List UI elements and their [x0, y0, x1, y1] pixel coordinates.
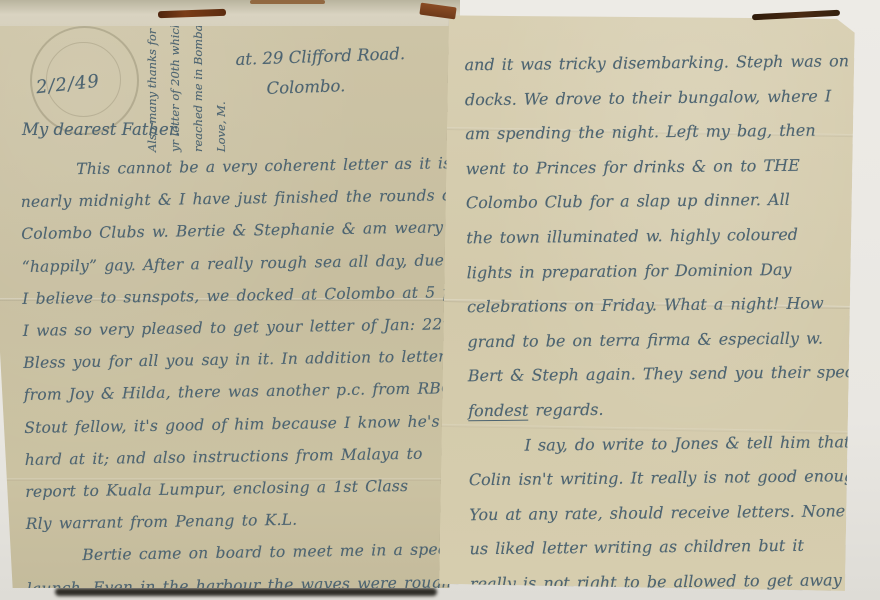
- handwriting-line: really is not right to be allowed to get…: [470, 563, 880, 600]
- handwriting-line: You at any rate, should receive letters.…: [469, 494, 880, 533]
- left-page-body: This cannot be a very coherent letter as…: [20, 147, 483, 600]
- margin-note-line: Love, M.: [210, 28, 233, 152]
- handwriting-line: docks. We drove to their bungalow, where…: [465, 78, 880, 117]
- handwriting-line: Bert & Steph again. They send you their …: [468, 355, 880, 394]
- handwriting-line: and it was tricky disembarking. Steph wa…: [464, 44, 880, 83]
- handwriting-line: fondest regards.: [468, 390, 880, 429]
- handwriting-line: grand to be on terra firma & especially …: [467, 321, 880, 360]
- handwriting-line: Colombo Club for a slap up dinner. All: [466, 182, 880, 221]
- letter-page-left: 2/2/49 Also many thanks for yr letter of…: [0, 26, 452, 588]
- handwriting-line: Colin isn't writing. It really is not go…: [469, 459, 880, 498]
- right-page-body: and it was tricky disembarking. Steph wa…: [464, 44, 880, 600]
- address-line: Colombo.: [236, 69, 407, 105]
- handwriting-line: am spending the night. Left my bag, then: [465, 113, 880, 152]
- letter-scan: 2/2/49 Also many thanks for yr letter of…: [0, 0, 880, 600]
- page-shadow: [55, 588, 437, 596]
- handwriting-line: celebrations on Friday. What a night! Ho…: [467, 286, 880, 325]
- margin-note-line: reached me in Bombay.: [187, 28, 210, 152]
- address-block: at. 29 Clifford Road. Colombo.: [235, 39, 407, 105]
- letter-page-right: and it was tricky disembarking. Steph wa…: [439, 12, 855, 591]
- underlined-word: fondest: [468, 401, 528, 422]
- handwriting-line: us liked letter writing as children but …: [469, 528, 880, 567]
- handwriting-line: I say, do write to Jones & tell him that: [468, 424, 880, 463]
- handwriting-line: lights in preparation for Dominion Day: [467, 251, 880, 290]
- handwriting-line: went to Princes for drinks & on to THE: [465, 148, 880, 187]
- tape-stain: [250, 0, 325, 4]
- salutation: My dearest Father.: [22, 120, 180, 139]
- handwriting-line: the town illuminated w. highly coloured: [466, 217, 880, 256]
- address-line: at. 29 Clifford Road.: [235, 39, 406, 75]
- handwriting-line: regards.: [528, 400, 603, 420]
